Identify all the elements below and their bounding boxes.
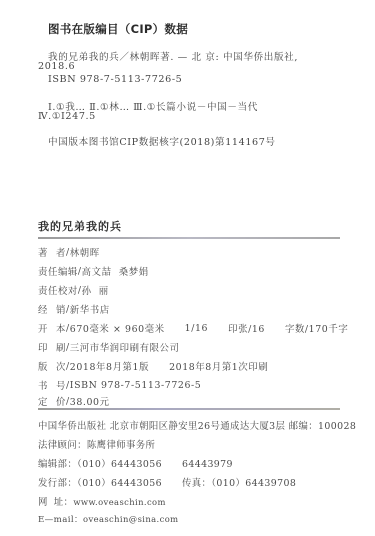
website-link[interactable]: www.oveaschin.com bbox=[73, 497, 166, 507]
credit-value: 孙 丽 bbox=[82, 283, 109, 297]
credit-value: ISBN 978-7-5113-7726-5 bbox=[70, 380, 202, 391]
legal-counsel-value: 陈鹰律师事务所 bbox=[87, 440, 155, 451]
credit-value: 新华书店 bbox=[70, 302, 110, 316]
fax-label: 传真： bbox=[182, 478, 211, 489]
editorial-dept-label: 编辑部： bbox=[38, 459, 77, 470]
legal-counsel-label: 法律顾问： bbox=[38, 440, 87, 451]
credit-row-proofreader: 责任校对/孙 丽 bbox=[38, 283, 109, 297]
credit-value: 三河市华润印刷有限公司 bbox=[70, 340, 180, 354]
email-row: E—mail：oveaschin@sina.com bbox=[38, 513, 178, 525]
email-label: E—mail： bbox=[38, 515, 83, 525]
credit-label: 责任编辑 bbox=[38, 264, 78, 278]
cip-verification-number: 中国版本图书馆CIP数据核字(2018)第114167号 bbox=[48, 134, 276, 148]
credit-label: 经销 bbox=[38, 302, 66, 316]
credit-label: 开本 bbox=[38, 321, 66, 335]
word-count: 字数/170千字 bbox=[285, 321, 348, 335]
credit-label: 印刷 bbox=[38, 340, 66, 354]
editorial-phone-2: 64443979 bbox=[182, 459, 233, 470]
credit-label: 版次 bbox=[38, 359, 66, 373]
credit-label: 责任校对 bbox=[38, 283, 78, 297]
credit-row-format: 开本 /670毫米 × 960毫米 1/16 印张/16 字数/170千字 bbox=[38, 321, 348, 335]
website-row: 网址：www.oveaschin.com bbox=[38, 494, 166, 508]
format-size: 1/16 bbox=[185, 323, 208, 334]
credit-row-edition: 版次 /2018年8月第1版 2018年8月第1次印刷 bbox=[38, 359, 268, 373]
book-title: 我的兄弟我的兵 bbox=[38, 218, 122, 234]
editorial-dept-row: 编辑部：（010）6444305664443979 bbox=[38, 456, 233, 470]
website-label: 网址： bbox=[38, 497, 73, 508]
publisher-address: 中国华侨出版社 北京市朝阳区静安里26号通成达大厦3层 邮编：100028 bbox=[38, 418, 356, 432]
credit-label: 定价 bbox=[38, 394, 66, 408]
cip-year-line: 2018.6 bbox=[38, 61, 75, 72]
credit-row-isbn: 书号 /ISBN 978-7-5113-7726-5 bbox=[38, 378, 201, 392]
fax-value: （010）64439708 bbox=[211, 478, 296, 489]
legal-counsel-row: 法律顾问：陈鹰律师事务所 bbox=[38, 437, 155, 451]
cip-isbn-line: ISBN 978-7-5113-7726-5 bbox=[48, 74, 182, 85]
credit-row-price: 定价 /38.00元 bbox=[38, 394, 110, 408]
credit-value: 38.00元 bbox=[70, 394, 110, 408]
credit-row-author: 著者 /林朝晖 bbox=[38, 245, 100, 259]
printed-sheets: 印张/16 bbox=[228, 321, 265, 335]
credit-value: 林朝晖 bbox=[70, 245, 100, 259]
distribution-dept-label: 发行部： bbox=[38, 478, 77, 489]
credit-value: 2018年8月第1版 bbox=[70, 359, 149, 373]
printing-info: 2018年8月第1次印刷 bbox=[169, 359, 268, 373]
title-divider bbox=[38, 237, 340, 239]
distribution-phone: （010）64443056 bbox=[77, 478, 162, 489]
cip-heading: 图书在版编目（CIP）数据 bbox=[48, 21, 188, 37]
credit-row-printer: 印刷 /三河市华润印刷有限公司 bbox=[38, 340, 180, 354]
credit-row-distributor: 经销 /新华书店 bbox=[38, 302, 110, 316]
distribution-dept-row: 发行部：（010）64443056传真：（010）64439708 bbox=[38, 475, 296, 489]
credit-label: 书号 bbox=[38, 378, 66, 392]
cip-classification-number: Ⅳ.①I247.5 bbox=[38, 111, 96, 122]
publisher-divider bbox=[38, 408, 340, 410]
cip-title-line: 我的兄弟我的兵／林朝晖著. — 北 京: 中国华侨出版社, bbox=[48, 49, 298, 63]
credit-label: 著者 bbox=[38, 245, 66, 259]
credit-value: 670毫米 × 960毫米 bbox=[70, 321, 165, 335]
credit-value: 高文喆 桑梦娟 bbox=[82, 264, 149, 278]
editorial-phone-1: （010）64443056 bbox=[77, 459, 162, 470]
email-link[interactable]: oveaschin@sina.com bbox=[83, 514, 178, 524]
credit-row-editor: 责任编辑/高文喆 桑梦娟 bbox=[38, 264, 149, 278]
